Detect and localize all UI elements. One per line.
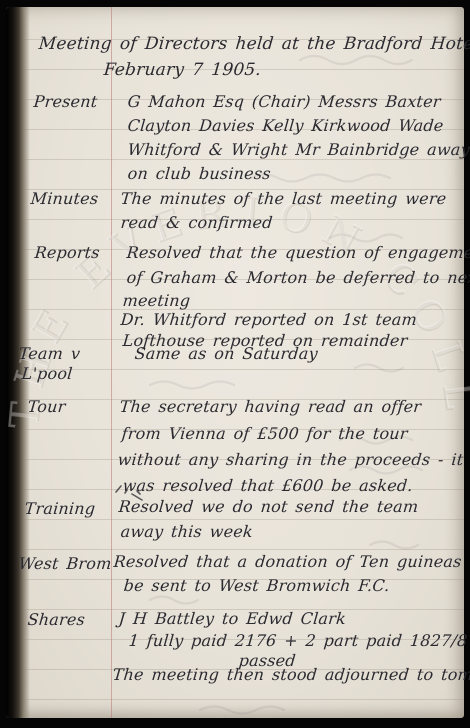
- entry-label-line2: L'pool: [21, 366, 73, 382]
- entry-label: Team v: [18, 346, 81, 362]
- red-margin-rule: [111, 7, 112, 718]
- entry-line: Resolved that a donation of Ten guineas: [113, 554, 462, 570]
- entry-line: read & confirmed: [120, 215, 273, 231]
- entry-line: meeting: [122, 293, 191, 309]
- entry-line: The secretary having read an offer: [119, 399, 422, 415]
- entry-line: Same as on Saturday: [134, 346, 318, 362]
- entry-line: G Mahon Esq (Chair) Messrs Baxter: [127, 94, 441, 110]
- meeting-title-line1: Meeting of Directors held at the Bradfor…: [38, 36, 470, 53]
- entry-line: Resolved we do not send the team: [118, 499, 419, 515]
- entry-line: 1 fully paid 2176 + 2 part paid 1827/8: [128, 633, 468, 649]
- entry-line: Whitford & Wright Mr Bainbridge away: [127, 142, 470, 158]
- entry-line: The minutes of the last meeting were: [120, 191, 447, 207]
- entry-line: of Graham & Morton be deferred to next: [126, 270, 470, 286]
- entry-line: The meeting then stood adjourned to tomo…: [112, 667, 470, 683]
- minute-book-photo: THE EVERTON COLLECTION THE EVERTON COLLE…: [0, 0, 470, 728]
- entry-line: from Vienna of £500 for the tour: [121, 426, 408, 442]
- entry-line: J H Battley to Edwd Clark: [118, 611, 347, 627]
- entry-line: Dr. Whitford reported on 1st team: [120, 312, 418, 328]
- entry-line: away this week: [120, 524, 254, 540]
- entry-label: Tour: [27, 399, 66, 415]
- entry-line: be sent to West Bromwich F.C.: [123, 578, 390, 594]
- meeting-title-line2: February 7 1905.: [103, 62, 262, 79]
- entry-label: Training: [24, 501, 96, 517]
- entry-label: Minutes: [30, 191, 99, 207]
- entry-label: Reports: [34, 245, 100, 261]
- entry-line: was resolved that £600 be asked.: [122, 478, 413, 494]
- entry-label: Shares: [27, 612, 86, 628]
- entry-line: without any sharing in the proceeds - it: [117, 452, 464, 468]
- entry-line: Clayton Davies Kelly Kirkwood Wade: [127, 118, 444, 134]
- entry-label: Present: [33, 94, 98, 110]
- entry-line: Resolved that the question of engagement: [126, 245, 470, 261]
- entry-line: on club business: [127, 166, 271, 182]
- entry-label: West Brom: [18, 556, 112, 572]
